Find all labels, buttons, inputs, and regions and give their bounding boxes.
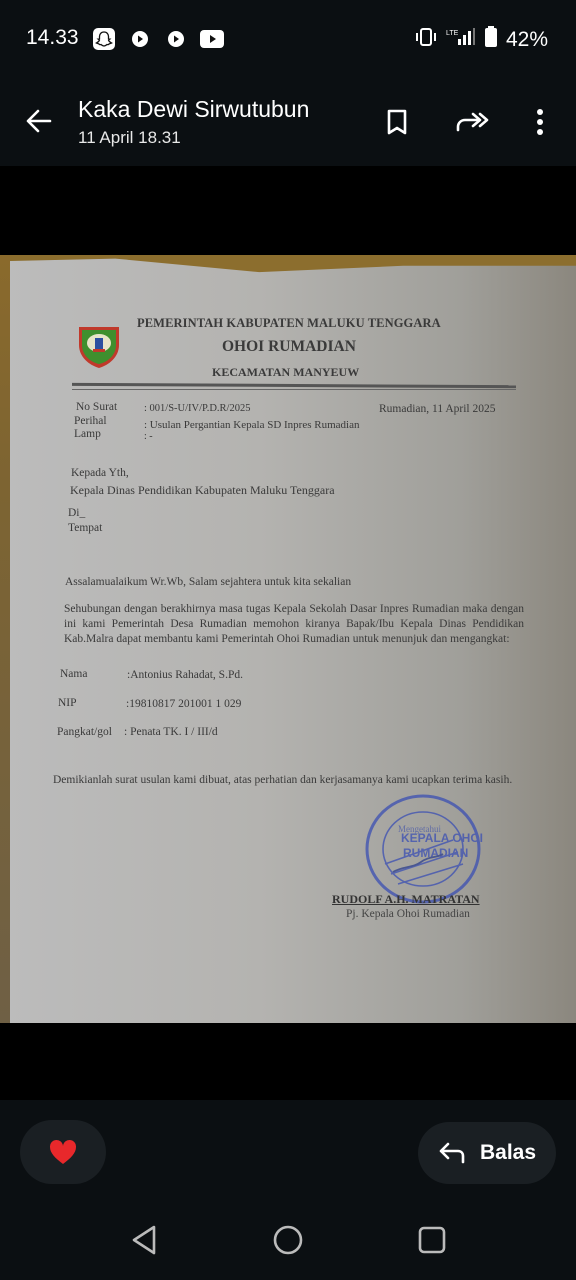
back-button[interactable] — [22, 104, 56, 138]
letter-body: Sehubungan dengan berakhirnya masa tugas… — [64, 602, 524, 647]
place-date: Rumadian, 11 April 2025 — [379, 403, 495, 415]
bookmark-button[interactable] — [379, 104, 415, 140]
reply-label: Balas — [480, 1141, 536, 1165]
forward-button[interactable] — [454, 104, 490, 140]
media-icon — [164, 27, 188, 51]
letterhead-district: KECAMATAN MANYEUW — [212, 365, 359, 380]
pangkat-label: Pangkat/gol — [57, 726, 112, 738]
battery-percent: 42% — [506, 28, 548, 52]
lte-signal-icon: LTE — [446, 27, 476, 53]
snapchat-icon — [92, 27, 116, 51]
svg-text:LTE: LTE — [446, 30, 459, 37]
image-viewer[interactable]: PEMERINTAH KABUPATEN MALUKU TENGGARA OHO… — [0, 166, 576, 1100]
notification-icons — [92, 27, 224, 51]
nama-label: Nama — [60, 668, 87, 680]
letter-photo[interactable]: PEMERINTAH KABUPATEN MALUKU TENGGARA OHO… — [0, 255, 576, 1023]
letter-document: PEMERINTAH KABUPATEN MALUKU TENGGARA OHO… — [0, 255, 576, 1023]
bottom-bar: Balas — [0, 1100, 576, 1280]
vibrate-icon — [414, 27, 438, 53]
media-icon — [128, 27, 152, 51]
more-vertical-icon — [536, 108, 544, 136]
nav-recents-icon — [417, 1225, 447, 1255]
youtube-icon — [200, 27, 224, 51]
no-surat-value: : 001/S-U/IV/P.D.R/2025 — [144, 403, 250, 414]
forward-icon — [454, 108, 490, 136]
recipient-line-2: Kepala Dinas Pendidikan Kabupaten Maluku… — [70, 483, 335, 498]
recipient-line-1: Kepada Yth, — [71, 467, 129, 479]
nav-recents-button[interactable] — [414, 1222, 450, 1258]
signatory-name: RUDOLF A.H. MATRATAN — [332, 892, 480, 907]
official-stamp-icon: KEPALA OHOI RUMADIAN Mengetahui — [363, 792, 483, 907]
no-surat-label: No Surat — [76, 401, 117, 413]
greeting: Assalamualaikum Wr.Wb, Salam sejahtera u… — [65, 576, 351, 588]
reply-button[interactable]: Balas — [418, 1122, 556, 1184]
recipient-line-3: Di_ — [68, 507, 85, 519]
heart-icon — [49, 1139, 77, 1165]
svg-text:RUMADIAN: RUMADIAN — [403, 846, 468, 860]
reply-icon — [438, 1141, 468, 1165]
react-button[interactable] — [20, 1120, 106, 1184]
recipient-line-4: Tempat — [68, 522, 102, 534]
lamp-value: : - — [144, 431, 153, 442]
app-bar: Kaka Dewi Sirwutubun 11 April 18.31 — [0, 80, 576, 166]
battery-icon — [484, 26, 498, 54]
letterhead-divider — [72, 383, 516, 388]
system-status: LTE 42% — [414, 26, 548, 54]
lamp-label: Lamp — [74, 428, 101, 440]
perihal-label: Perihal — [74, 415, 107, 427]
nama-value: :Antonius Rahadat, S.Pd. — [127, 669, 243, 681]
contact-name[interactable]: Kaka Dewi Sirwutubun — [78, 96, 309, 123]
letterhead-government: PEMERINTAH KABUPATEN MALUKU TENGGARA — [137, 316, 441, 331]
message-timestamp: 11 April 18.31 — [78, 128, 181, 148]
nip-label: NIP — [58, 697, 77, 709]
svg-text:Mengetahui: Mengetahui — [398, 824, 441, 834]
status-time: 14.33 — [26, 26, 79, 50]
nip-value: :19810817 201001 1 029 — [126, 698, 241, 710]
regency-emblem-icon — [75, 321, 123, 369]
nav-back-button[interactable] — [126, 1222, 162, 1258]
bookmark-icon — [385, 108, 409, 136]
perihal-value: : Usulan Pergantian Kepala SD Inpres Rum… — [144, 419, 359, 431]
nav-home-icon — [272, 1224, 304, 1256]
status-bar: 14.33 LTE 42% — [0, 0, 576, 80]
nav-back-icon — [130, 1224, 158, 1256]
letterhead-village: OHOI RUMADIAN — [222, 338, 356, 356]
signatory-title: Pj. Kepala Ohoi Rumadian — [346, 908, 470, 920]
more-options-button[interactable] — [522, 104, 558, 140]
arrow-left-icon — [22, 104, 56, 138]
letter-closing: Demikianlah surat usulan kami dibuat, at… — [53, 773, 531, 788]
letterhead-divider — [72, 389, 516, 390]
pangkat-value: : Penata TK. I / III/d — [124, 726, 218, 738]
nav-home-button[interactable] — [270, 1222, 306, 1258]
